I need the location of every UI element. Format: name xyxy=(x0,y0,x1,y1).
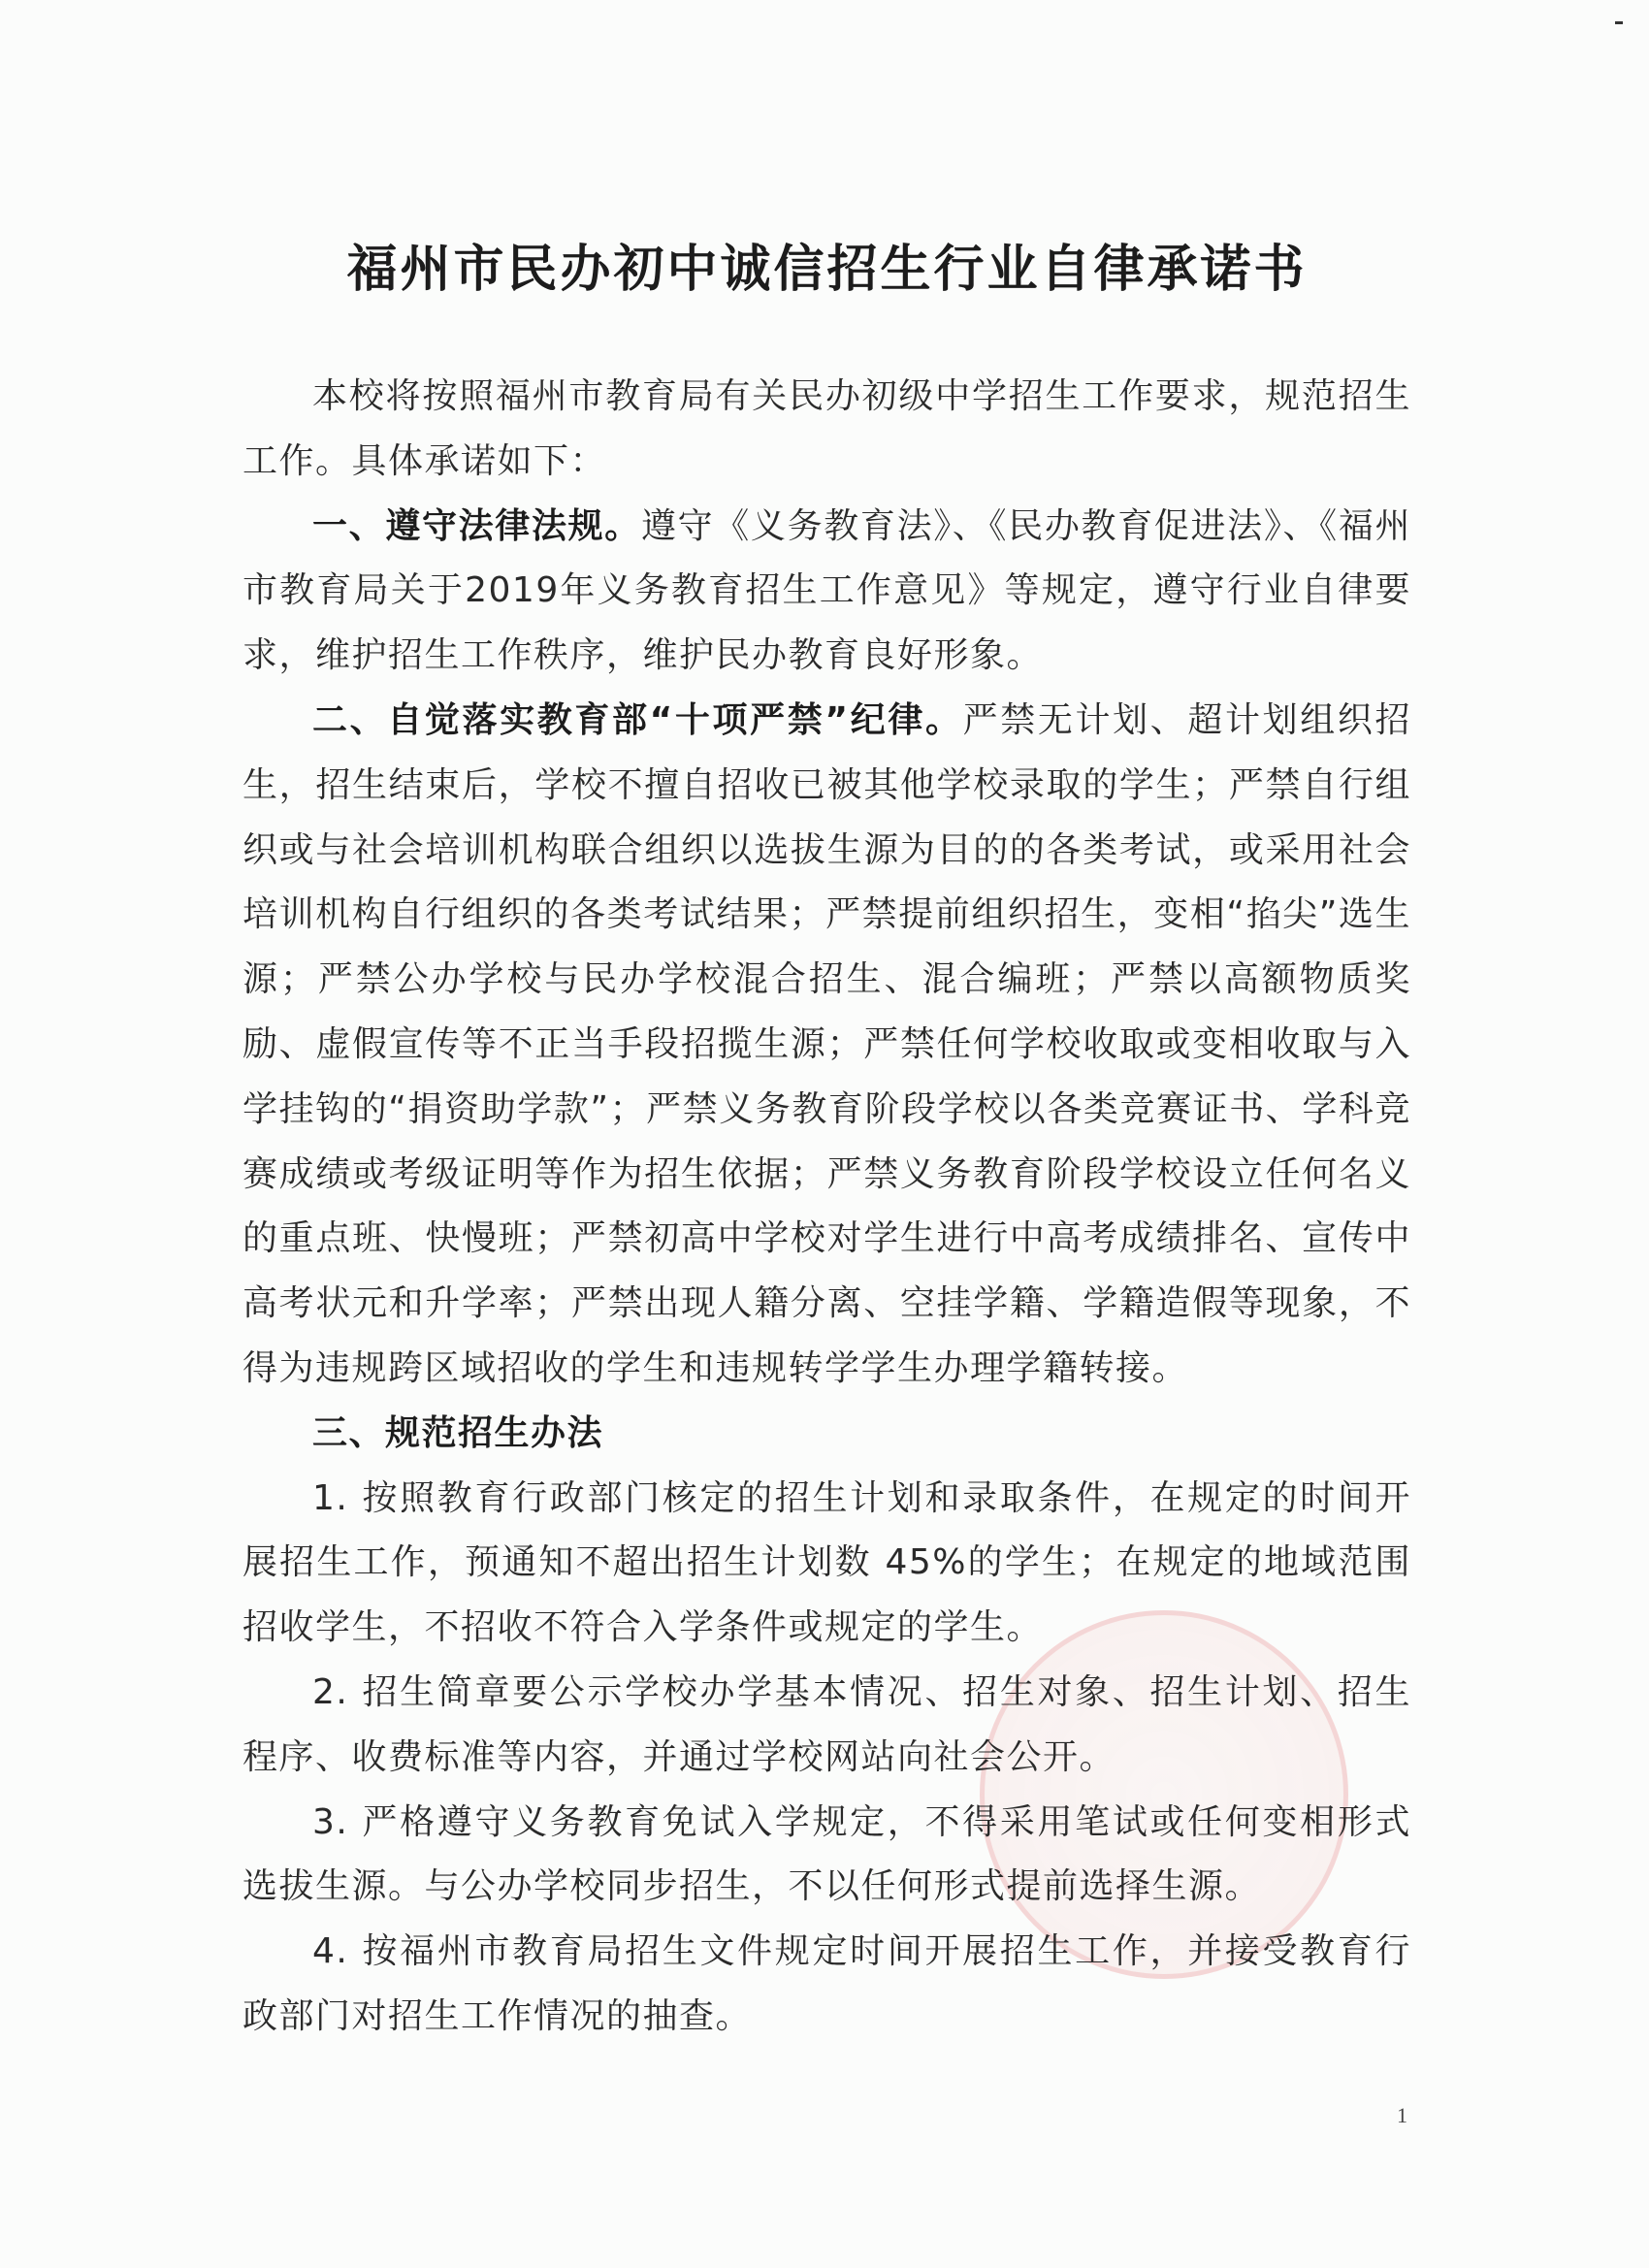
section-2-text: 严禁无计划、超计划组织招生，招生结束后，学校不擅自招收已被其他学校录取的学生；严… xyxy=(242,700,1411,1388)
section-3-heading: 三、规范招生办法 xyxy=(242,1402,1411,1467)
document-title: 福州市民办初中诚信招生行业自律承诺书 xyxy=(242,228,1411,301)
document-body: 本校将按照福州市教育局有关民办初级中学招生工作要求，规范招生工作。具体承诺如下：… xyxy=(242,365,1411,2050)
intro-paragraph: 本校将按照福州市教育局有关民办初级中学招生工作要求，规范招生工作。具体承诺如下： xyxy=(242,365,1411,495)
section-3-item-4: 4. 按福州市教育局招生文件规定时间开展招生工作，并接受教育行政部门对招生工作情… xyxy=(242,1920,1411,2050)
page-number: 1 xyxy=(1397,2103,1407,2128)
scan-mark xyxy=(1615,21,1623,24)
section-3-item-1: 1. 按照教育行政部门核定的招生计划和录取条件，在规定的时间开展招生工作，预通知… xyxy=(242,1467,1411,1661)
section-1-heading: 一、遵守法律法规。 xyxy=(312,506,641,546)
document-page: 福州市民办初中诚信招生行业自律承诺书 本校将按照福州市教育局有关民办初级中学招生… xyxy=(0,0,1649,2268)
section-3-item-3: 3. 严格遵守义务教育免试入学规定，不得采用笔试或任何变相形式选拔生源。与公办学… xyxy=(242,1791,1411,1921)
section-1-paragraph: 一、遵守法律法规。遵守《义务教育法》、《民办教育促进法》、《福州市教育局关于20… xyxy=(242,495,1411,689)
section-2-paragraph: 二、自觉落实教育部“十项严禁”纪律。严禁无计划、超计划组织招生，招生结束后，学校… xyxy=(242,689,1411,1402)
section-3-item-2: 2. 招生简章要公示学校办学基本情况、招生对象、招生计划、招生程序、收费标准等内… xyxy=(242,1661,1411,1791)
section-2-heading: 二、自觉落实教育部“十项严禁”纪律。 xyxy=(312,700,963,740)
